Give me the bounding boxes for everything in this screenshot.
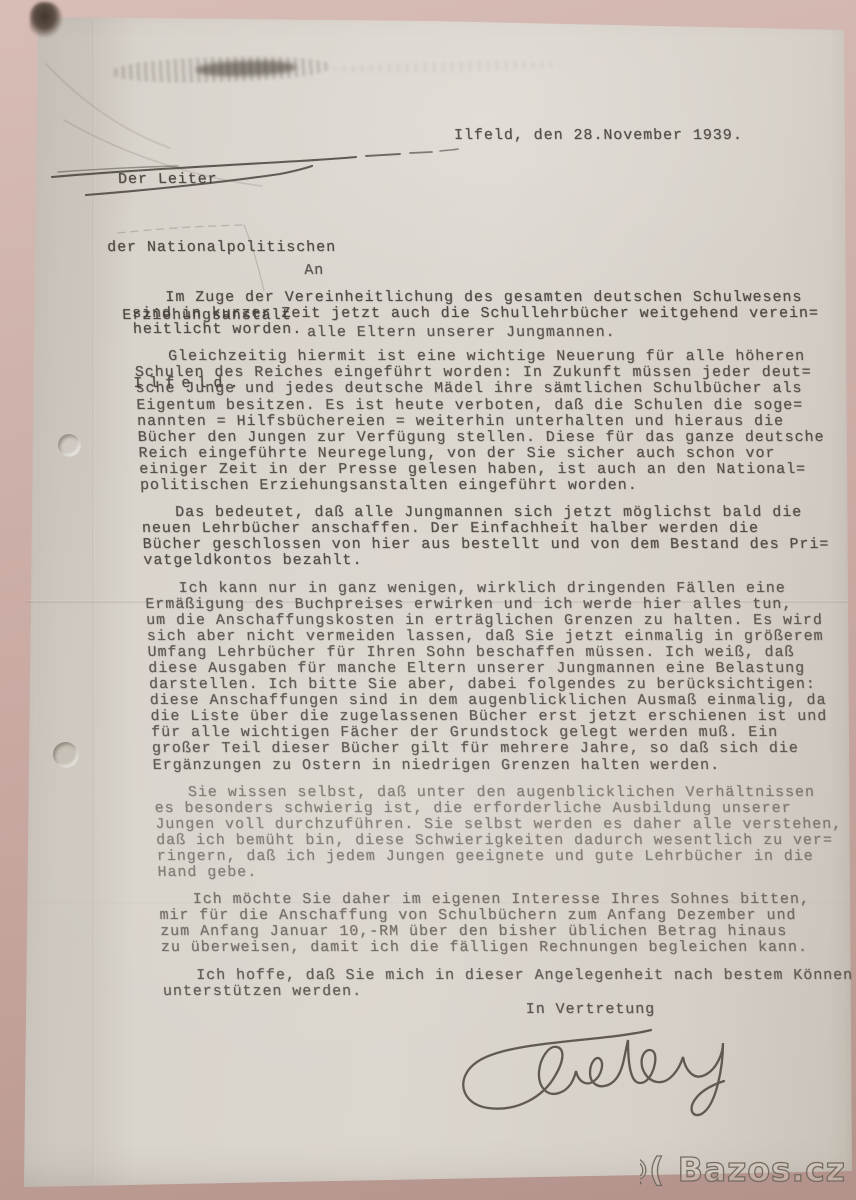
letter-line: Ermäßigung des Buchpreises erwirken und … — [145, 597, 837, 613]
letter-line: Jungen voll durchzuführen. Sie selbst we… — [155, 817, 847, 833]
paragraph: Ich möchte Sie daher im eigenen Interess… — [159, 892, 853, 956]
letter-line: nannten = Hilfsbüchereien = weiterhin un… — [137, 414, 829, 430]
letter-line: darstellen. Ich bitte Sie aber, dabei fo… — [149, 677, 841, 693]
letter-line: Bücher geschlossen von hier aus bestellt… — [142, 537, 834, 553]
closing-in-vertretung: In Vertretung — [526, 1002, 656, 1018]
letter-line: Ich kann nur in ganz wenigen, wirklich d… — [144, 581, 836, 597]
document-photo: Der Leiter der Nationalpolitischen Erzie… — [0, 0, 856, 1200]
place-and-date: Ilfeld, den 28.November 1939. — [454, 128, 743, 144]
letter-body: Im Zuge der Vereinheitlichung des gesamt… — [131, 290, 854, 1000]
letter-line: Das bedeutet, daß alle Jungmannen sich j… — [141, 505, 833, 521]
letter-line: diese Ausgaben für manche Eltern unserer… — [148, 661, 840, 677]
letter-line: Ergänzungen zu Ostern in niedrigen Grenz… — [152, 758, 844, 774]
salutation-line: An — [304, 261, 613, 282]
paragraph: Ich hoffe, daß Sie mich in dieser Angele… — [162, 968, 854, 1000]
letter-line: mir für die Anschaffung von Schulbüchern… — [159, 908, 851, 924]
typewritten-text-layer: Der Leiter der Nationalpolitischen Erzie… — [0, 0, 856, 1200]
letter-line: sind in kurzer Zeit jetzt auch die Schul… — [132, 306, 824, 322]
letter-line: heitlicht worden. — [133, 322, 825, 338]
letter-line: Ich möchte Sie daher im eigenen Interess… — [159, 892, 851, 908]
letter-line: ringern, daß ich jedem Jungen geeignete … — [157, 849, 849, 865]
paragraph: Ich kann nur in ganz wenigen, wirklich d… — [144, 581, 844, 774]
letter-line: einiger Zeit in der Presse gelesen haben… — [139, 462, 831, 478]
letter-line: politischen Erziehungsanstalten eingefüh… — [140, 478, 832, 494]
paragraph: Gleichzeitig hiermit ist eine wichtige N… — [134, 349, 831, 494]
letter-line: Im Zuge der Vereinheitlichung des gesamt… — [131, 290, 823, 306]
letter-line: Bücher den Jungen zur Verfügung stellen.… — [138, 430, 830, 446]
letter-line: daß ich bemüht bin, diese Schwierigkeite… — [156, 833, 848, 849]
letter-line: neuen Lehrbücher anschaffen. Der Einfach… — [142, 521, 834, 537]
sender-line: Der Leiter — [118, 169, 334, 192]
letter-line: Sie wissen selbst, daß unter den augenbl… — [154, 785, 846, 801]
letter-line: großer Teil dieser Bücher gilt für mehre… — [152, 741, 844, 757]
letter-line: Gleichzeitig hiermit ist eine wichtige N… — [134, 349, 826, 365]
letter-line: es besonders schwierig ist, die erforder… — [154, 801, 846, 817]
letter-line: vatgeldkontos bezahlt. — [143, 553, 835, 569]
paragraph: Sie wissen selbst, daß unter den augenbl… — [154, 785, 849, 882]
letter-line: Hand gebe. — [157, 865, 849, 881]
letter-line: unterstützen werden. — [163, 984, 855, 1000]
paragraph: Das bedeutet, daß alle Jungmannen sich j… — [141, 505, 835, 569]
letter-line: zu überweisen, damit ich die fälligen Re… — [161, 940, 853, 956]
letter-line: sche Junge und jedes deutsche Mädel ihre… — [135, 381, 827, 397]
letter-line: Eigentum besitzen. Es ist heute verboten… — [136, 398, 828, 414]
letter-line: um die Anschaffungskosten in erträgliche… — [146, 613, 838, 629]
letter-line: die Liste über die zugelassenen Bücher e… — [150, 709, 842, 725]
letter-line: sich aber nicht vermeiden lassen, daß Si… — [147, 629, 839, 645]
paragraph: Im Zuge der Vereinheitlichung des gesamt… — [131, 290, 824, 338]
letter-line: Reich eingeführte Neuregelung, von der S… — [138, 446, 830, 462]
letter-line: Umfang Lehrbücher für Ihren Sohn beschaf… — [147, 645, 839, 661]
letter-line: diese Anschaffungen sind in dem augenbli… — [149, 693, 841, 709]
letter-line: Ich hoffe, daß Sie mich in dieser Angele… — [162, 968, 854, 984]
